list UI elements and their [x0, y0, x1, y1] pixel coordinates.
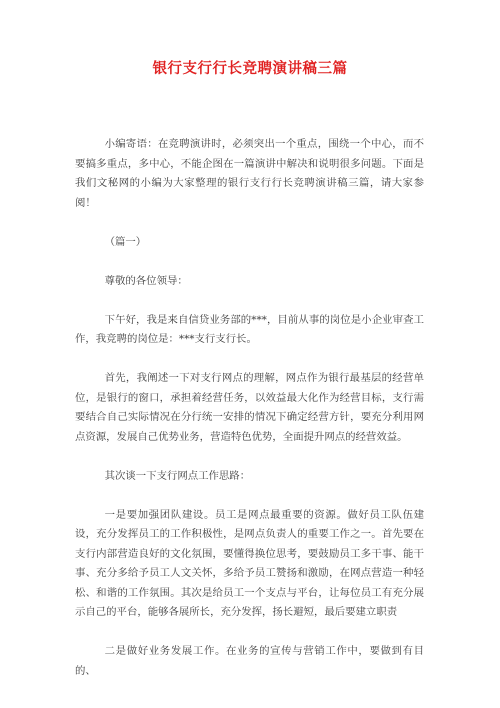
document-page: 银行支行行长竞聘演讲稿三篇 小编寄语：在竞聘演讲时，必须突出一个重点，围绕一个中… — [0, 0, 500, 708]
paragraph-work-ideas-heading: 其次谈一下支行网点工作思路： — [75, 467, 424, 487]
paragraph-section-label: （篇一） — [75, 233, 424, 253]
paragraph-intro: 下午好，我是来自信贷业务部的***，目前从事的岗位是小企业审查工作，我竞聘的岗位… — [75, 311, 424, 350]
paragraph-point-one: 一是要加强团队建设。员工是网点最重要的资源。做好员工队伍建设，充分发挥员工的工作… — [75, 506, 424, 623]
paragraph-point-two: 二是做好业务发展工作。在业务的宣传与营销工作中，要做到有目的、 — [75, 642, 424, 681]
paragraph-understanding: 首先，我阐述一下对支行网点的理解，网点作为银行最基层的经营单位，是银行的窗口，承… — [75, 369, 424, 447]
document-title: 银行支行行长竞聘演讲稿三篇 — [75, 58, 425, 80]
document-body: 小编寄语：在竞聘演讲时，必须突出一个重点，围绕一个中心，而不要搞多重点，多中心，… — [75, 135, 424, 681]
paragraph-salutation: 尊敬的各位领导： — [75, 272, 424, 292]
paragraph-editor-note: 小编寄语：在竞聘演讲时，必须突出一个重点，围绕一个中心，而不要搞多重点，多中心，… — [75, 135, 424, 213]
